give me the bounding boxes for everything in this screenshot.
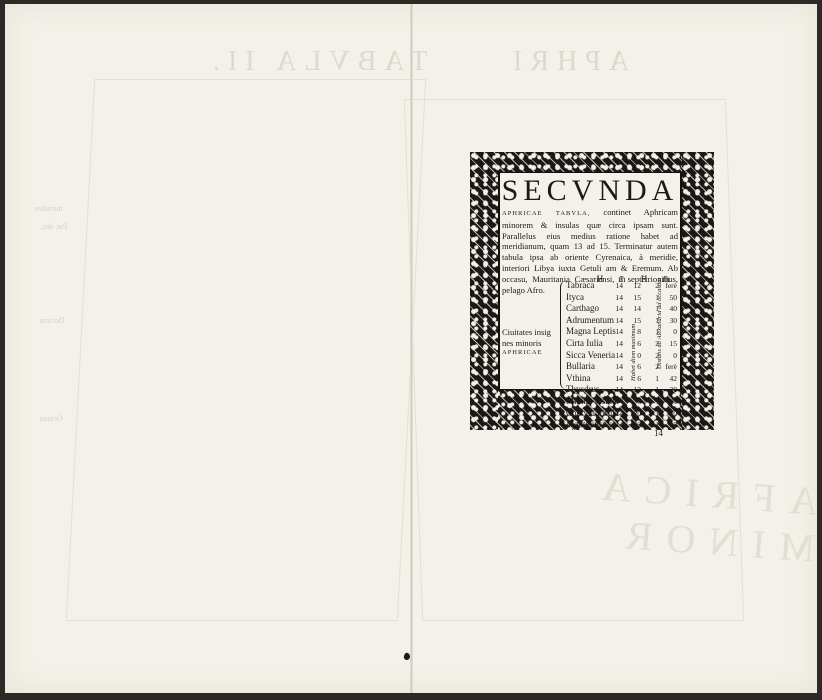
ornament-border-right xyxy=(682,152,714,430)
table-row: 14810 xyxy=(605,326,677,338)
group-label: Ciuitates insig nes minoris APHRICAE xyxy=(502,327,562,359)
table-row: 146120 xyxy=(605,396,677,408)
ornament-border-top xyxy=(470,152,714,172)
table-row: 14020 xyxy=(605,350,677,362)
table-row: 1414140 xyxy=(605,303,677,315)
ornament-border-left xyxy=(470,152,498,430)
table-row: 1420130 xyxy=(605,408,677,420)
table-row: 146142 xyxy=(605,373,677,385)
ornamental-text-panel: SECVNDA APHRICAE TABVLA, continet Aphric… xyxy=(470,152,714,430)
show-through-title-right: APHRI xyxy=(505,46,629,78)
table-row: 1462ferè xyxy=(605,361,677,373)
book-gutter-fold xyxy=(410,4,413,693)
page-title: SECVNDA xyxy=(500,175,680,207)
page-number: 14 xyxy=(654,428,663,438)
table-row: 146215 xyxy=(605,338,677,350)
values-table: 14122ferè 1415150 1414140 1415130 14810 … xyxy=(605,280,677,431)
table-row: 1420120 xyxy=(605,419,677,431)
table-row: 1415130 xyxy=(605,315,677,327)
show-through-label: Decima xyxy=(40,316,65,325)
subtitle-smallcaps: APHRICAE TABVLA, xyxy=(502,210,590,217)
show-through-label: Par. dec. xyxy=(40,222,67,231)
table-row: 1415150 xyxy=(605,292,677,304)
table-row: 14122ferè xyxy=(605,280,677,292)
show-through-label: meridies xyxy=(35,204,63,213)
show-through-label: Octaua xyxy=(40,414,63,423)
show-through-map-frame-left xyxy=(66,79,426,621)
show-through-title-left: TABVLA II. xyxy=(205,46,427,78)
text-block: SECVNDA APHRICAE TABVLA, continet Aphric… xyxy=(500,173,680,389)
table-row: 1412130 xyxy=(605,384,677,396)
